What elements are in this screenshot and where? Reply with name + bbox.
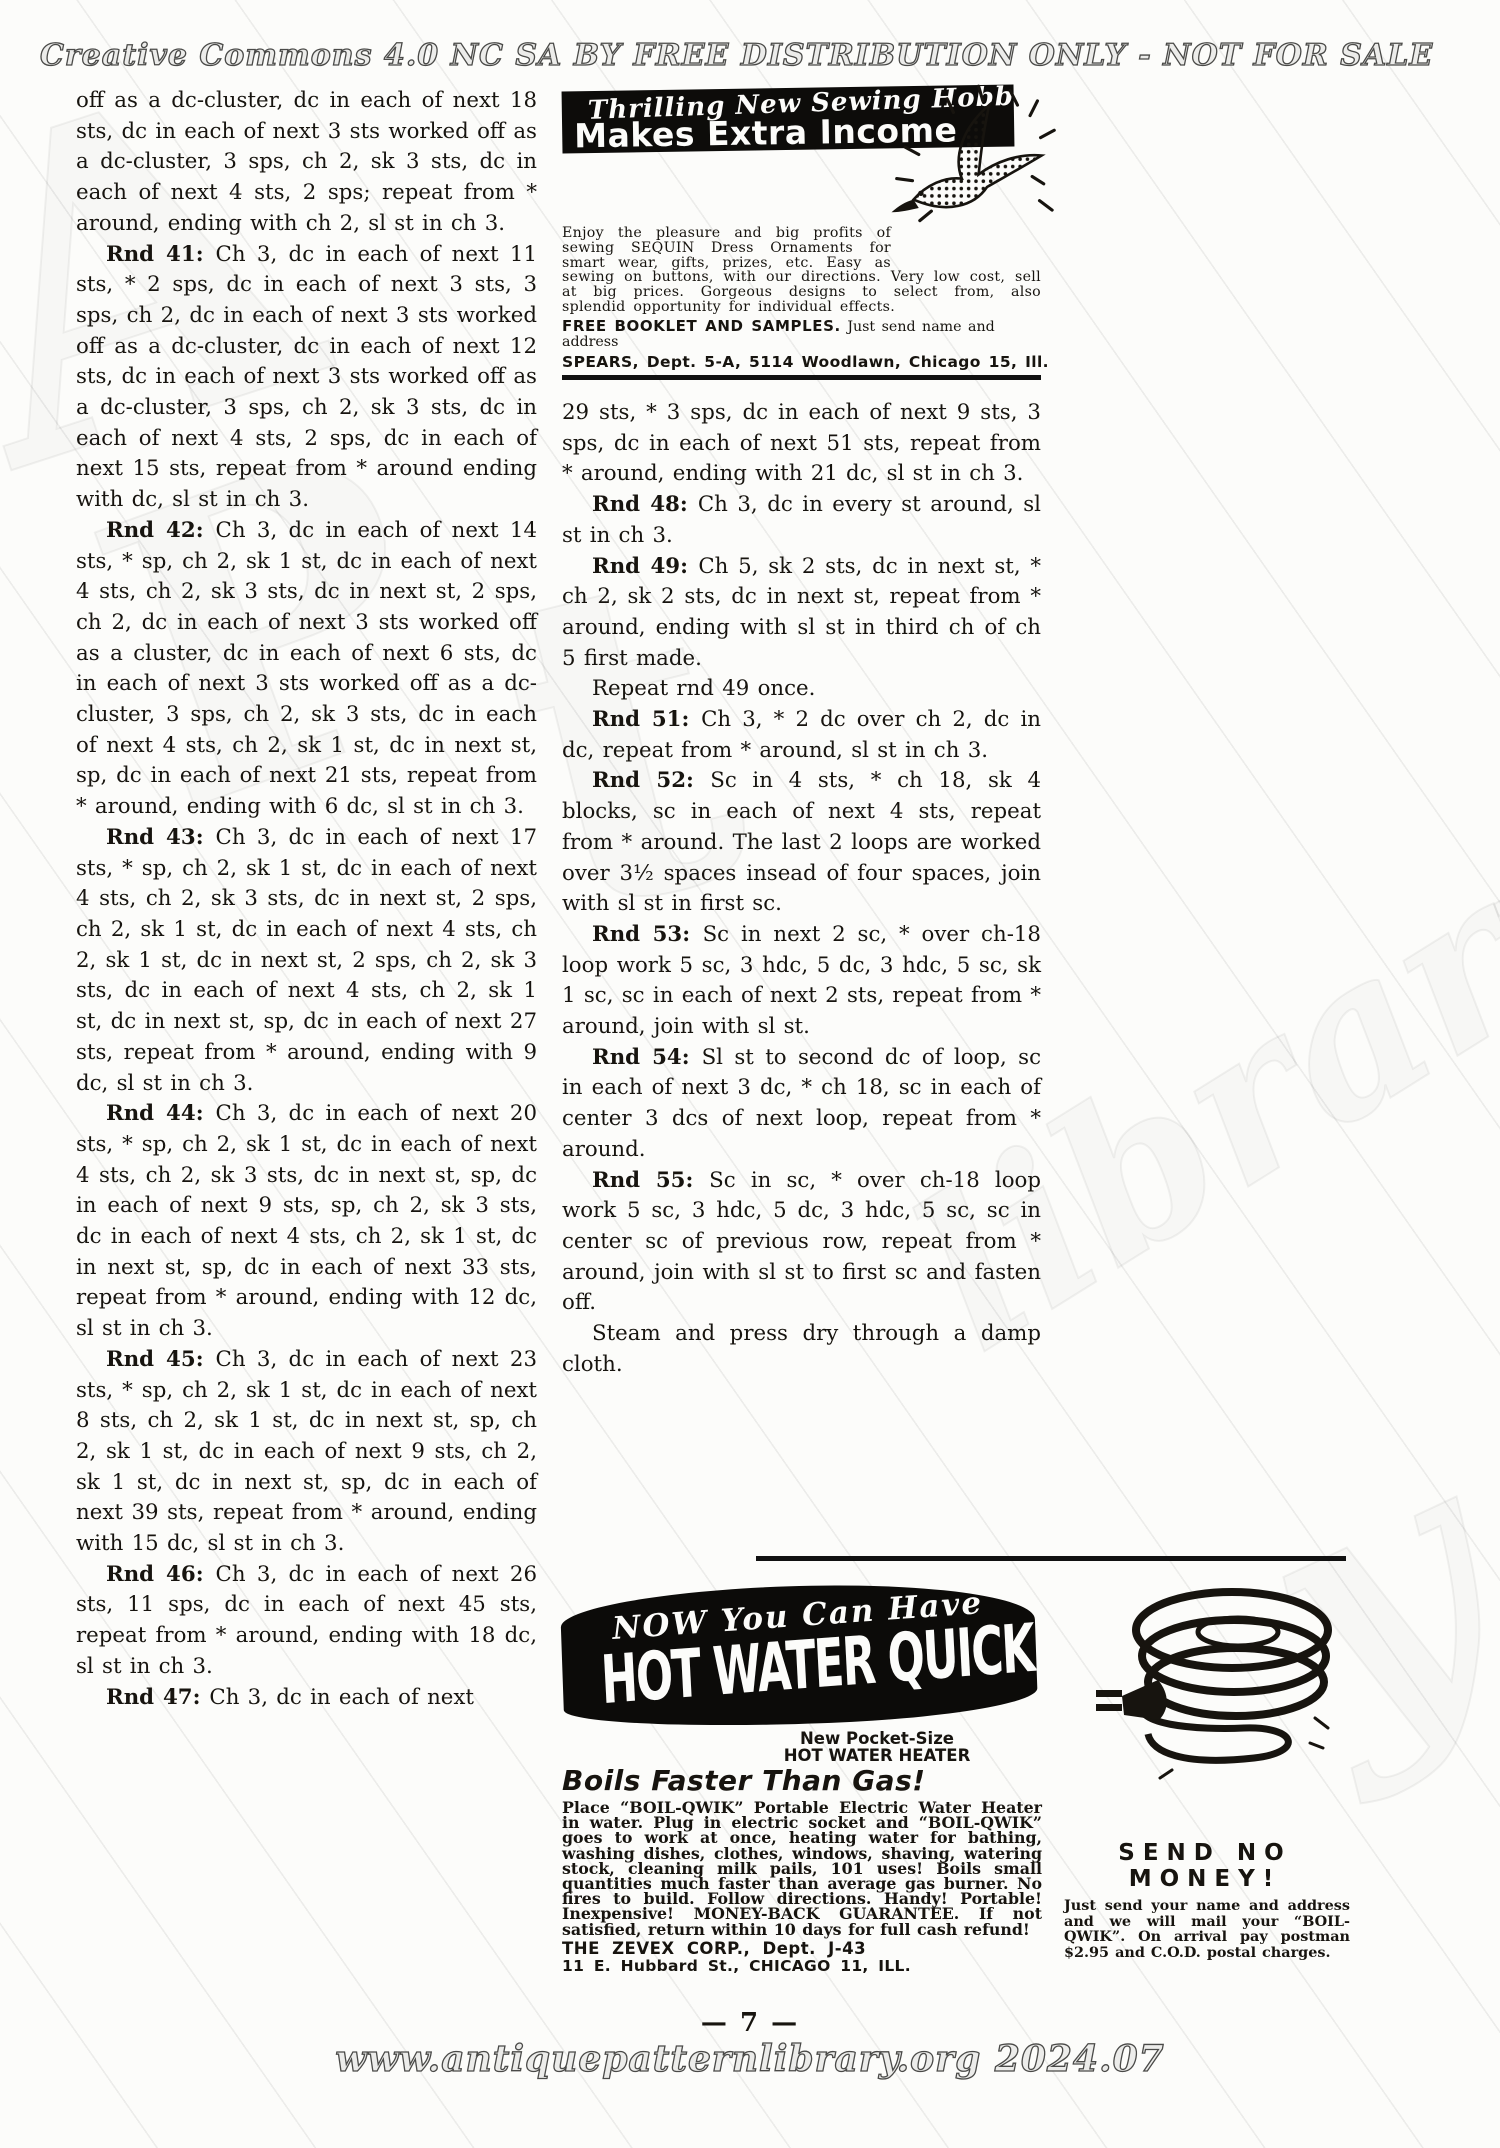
pattern-paragraph: Rnd 52: Sc in 4 sts, * ch 18, sk 4 block… bbox=[562, 766, 1041, 920]
send-no-money-line2: MONEY! bbox=[1060, 1866, 1350, 1892]
heater-coil-icon bbox=[1060, 1568, 1350, 1840]
send-no-money-body: Just send your name and address and we w… bbox=[1064, 1898, 1350, 1960]
pattern-paragraph: Rnd 48: Ch 3, dc in every st around, sl … bbox=[562, 490, 1041, 551]
sequin-bird-icon bbox=[881, 82, 1071, 250]
pattern-paragraph: Rnd 46: Ch 3, dc in each of next 26 sts,… bbox=[76, 1560, 537, 1683]
pattern-paragraph: Rnd 45: Ch 3, dc in each of next 23 sts,… bbox=[76, 1345, 537, 1560]
hot-water-ad: NOW You Can Have HOT WATER QUICK! New Po… bbox=[560, 1556, 1350, 2006]
sewing-ad-divider bbox=[562, 375, 1041, 380]
pattern-paragraph: Rnd 55: Sc in sc, * over ch-18 loop work… bbox=[562, 1166, 1041, 1320]
hot-water-ad-top-rule bbox=[756, 1556, 1346, 1561]
pattern-paragraph: Rnd 51: Ch 3, * 2 dc over ch 2, dc in dc… bbox=[562, 705, 1041, 766]
sewing-hobby-ad: Thrilling New Sewing Hobby Makes Extra I… bbox=[562, 86, 1041, 386]
sewing-ad-text: Enjoy the pleasure and big profits of se… bbox=[562, 226, 1041, 380]
hot-water-company-address: 11 E. Hubbard St., CHICAGO 11, ILL. bbox=[562, 1958, 1042, 1975]
hot-water-subhead-1: New Pocket-Size bbox=[562, 1730, 1042, 1747]
sewing-ad-free-offer: FREE BOOKLET AND SAMPLES. Just send name… bbox=[562, 319, 1041, 351]
pattern-paragraph: Rnd 54: Sl st to second dc of loop, sc i… bbox=[562, 1043, 1041, 1166]
pattern-paragraph: Rnd 49: Ch 5, sk 2 sts, dc in next st, *… bbox=[562, 552, 1041, 675]
pattern-text-right: 29 sts, * 3 sps, dc in each of next 9 st… bbox=[562, 398, 1041, 1381]
free-booklet-label: FREE BOOKLET AND SAMPLES. bbox=[562, 317, 841, 335]
pattern-paragraph: Rnd 44: Ch 3, dc in each of next 20 sts,… bbox=[76, 1099, 537, 1345]
footer-site-line: www.antiquepatternlibrary.org 2024.07 bbox=[0, 2038, 1500, 2080]
pattern-paragraph: Steam and press dry through a damp cloth… bbox=[562, 1319, 1041, 1380]
hot-water-subhead-2: HOT WATER HEATER bbox=[562, 1747, 1042, 1764]
hot-water-banner: NOW You Can Have HOT WATER QUICK! bbox=[560, 1578, 1039, 1732]
pattern-paragraph: 29 sts, * 3 sps, dc in each of next 9 st… bbox=[562, 398, 1041, 490]
scanned-pattern-page: A P t library y Creative Commons 4.0 NC … bbox=[0, 0, 1500, 2148]
pattern-paragraph: Rnd 53: Sc in next 2 sc, * over ch-18 lo… bbox=[562, 920, 1041, 1043]
hot-water-body: Place “BOIL-QWIK” Portable Electric Wate… bbox=[562, 1800, 1042, 1937]
pattern-paragraph: Rnd 42: Ch 3, dc in each of next 14 sts,… bbox=[76, 516, 537, 823]
pattern-paragraph: Repeat rnd 49 once. bbox=[562, 674, 1041, 705]
pattern-paragraph: Rnd 47: Ch 3, dc in each of next bbox=[76, 1683, 537, 1714]
pattern-paragraph: off as a dc-cluster, dc in each of next … bbox=[76, 86, 537, 240]
license-header: Creative Commons 4.0 NC SA BY FREE DISTR… bbox=[40, 38, 1060, 73]
pattern-column-right: Thrilling New Sewing Hobby Makes Extra I… bbox=[562, 86, 1041, 1381]
pattern-paragraph: Rnd 43: Ch 3, dc in each of next 17 sts,… bbox=[76, 823, 537, 1099]
sewing-ad-address: SPEARS, Dept. 5-A, 5114 Woodlawn, Chicag… bbox=[562, 354, 1041, 371]
bird-wrap-spacer bbox=[891, 226, 1041, 258]
hot-water-slogan: Boils Faster Than Gas! bbox=[562, 1766, 1042, 1796]
hot-water-ad-right: SEND NO MONEY! Just send your name and a… bbox=[1060, 1568, 1350, 1960]
send-no-money-line1: SEND NO bbox=[1060, 1840, 1350, 1866]
pattern-column-left: off as a dc-cluster, dc in each of next … bbox=[76, 86, 537, 1713]
sewing-ad-body: Enjoy the pleasure and big profits of se… bbox=[562, 226, 1041, 315]
hot-water-ad-left: NOW You Can Have HOT WATER QUICK! New Po… bbox=[562, 1586, 1042, 1975]
pattern-paragraph: Rnd 41: Ch 3, dc in each of next 11 sts,… bbox=[76, 240, 537, 516]
hot-water-company: THE ZEVEX CORP., Dept. J-43 bbox=[562, 1940, 1042, 1958]
page-number: — 7 — bbox=[0, 2008, 1500, 2038]
